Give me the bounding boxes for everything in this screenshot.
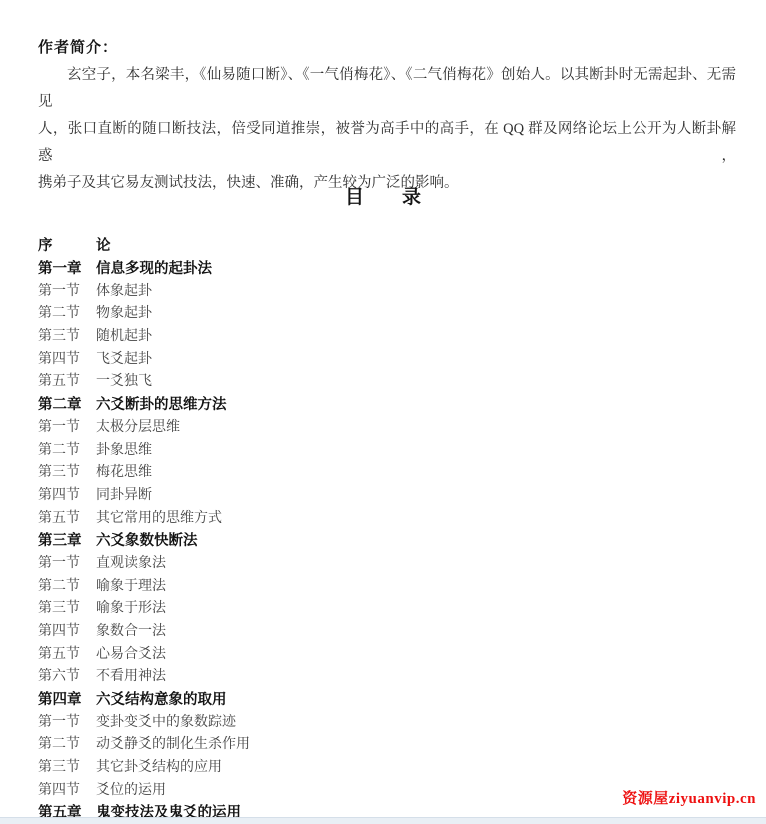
toc-item: 第四节飞爻起卦 [38, 346, 738, 369]
toc-item-title: 喻象于形法 [96, 597, 166, 617]
toc-item-label: 第二节 [38, 575, 96, 595]
toc-item-label: 第四节 [38, 484, 96, 504]
toc-item-label: 第一章 [38, 257, 96, 278]
toc-item-label: 第一节 [38, 711, 96, 731]
watermark-text: 资源屋ziyuanvip.cn [622, 787, 756, 808]
toc-item-title: 物象起卦 [96, 302, 152, 322]
author-intro-heading: 作者简介： [38, 36, 118, 57]
toc-item-label: 第二章 [38, 393, 96, 414]
toc-item-title: 不看用神法 [96, 665, 166, 685]
toc-item-title: 飞爻起卦 [96, 348, 152, 368]
toc-item-title: 六爻结构意象的取用 [96, 688, 227, 709]
toc-item: 第四章六爻结构意象的取用 [38, 687, 738, 710]
toc-item-label: 第三节 [38, 756, 96, 776]
toc-item-label: 第二节 [38, 733, 96, 753]
toc-item-label: 第一节 [38, 280, 96, 300]
toc-item-title: 其它常用的思维方式 [96, 507, 222, 527]
toc-item-label: 第三章 [38, 529, 96, 550]
toc-item: 第一节太极分层思维 [38, 415, 738, 438]
toc-item-label: 第六节 [38, 665, 96, 685]
document-page: 作者简介： 玄空子，本名梁丰，《仙易随口断》、《一气俏梅花》、《二气俏梅花》创始… [0, 0, 766, 824]
toc-item: 第一节变卦变爻中的象数踪迹 [38, 709, 738, 732]
toc-item-label: 第三节 [38, 325, 96, 345]
toc-item: 第一节体象起卦 [38, 278, 738, 301]
toc-item: 第五节心易合爻法 [38, 641, 738, 664]
toc-item-title: 随机起卦 [96, 325, 152, 345]
toc-item-title: 象数合一法 [96, 620, 166, 640]
toc-item-title: 信息多现的起卦法 [96, 257, 212, 278]
toc-item-label: 第四节 [38, 620, 96, 640]
toc-item-title: 心易合爻法 [96, 643, 166, 663]
toc-item-title: 直观读象法 [96, 552, 166, 572]
toc-item: 第三节梅花思维 [38, 460, 738, 483]
toc-item: 序论 [38, 233, 738, 256]
toc-item-title: 论 [96, 234, 111, 255]
author-intro-line: 人，张口直断的随口断技法，倍受同道推崇，被誉为高手中的高手，在 QQ 群及网络论… [38, 116, 736, 170]
toc-item-title: 梅花思维 [96, 461, 152, 481]
toc-item-label: 第一节 [38, 416, 96, 436]
toc-item: 第三节喻象于形法 [38, 596, 738, 619]
toc-item-title: 爻位的运用 [96, 779, 166, 799]
author-intro-paragraph: 玄空子，本名梁丰，《仙易随口断》、《一气俏梅花》、《二气俏梅花》创始人。以其断卦… [38, 62, 736, 197]
toc-item-title: 六爻象数快断法 [96, 529, 198, 550]
toc-item-label: 第三节 [38, 461, 96, 481]
toc-item: 第五节其它常用的思维方式 [38, 505, 738, 528]
toc-item: 第二章六爻断卦的思维方法 [38, 392, 738, 415]
toc-item: 第二节动爻静爻的制化生杀作用 [38, 732, 738, 755]
toc-item: 第三章六爻象数快断法 [38, 528, 738, 551]
toc-item-label: 第一节 [38, 552, 96, 572]
toc-item: 第二节物象起卦 [38, 301, 738, 324]
toc-item: 第一节直观读象法 [38, 551, 738, 574]
toc-item-title: 喻象于理法 [96, 575, 166, 595]
toc-item: 第六节不看用神法 [38, 664, 738, 687]
toc-item-label: 第四节 [38, 348, 96, 368]
toc-item-label: 第四章 [38, 688, 96, 709]
toc-item-label: 第二节 [38, 302, 96, 322]
toc-item: 第三节随机起卦 [38, 324, 738, 347]
toc-item: 第一章信息多现的起卦法 [38, 256, 738, 279]
toc-item-label: 第二节 [38, 439, 96, 459]
toc-item: 第四节象数合一法 [38, 619, 738, 642]
toc-item-title: 同卦异断 [96, 484, 152, 504]
toc-item-label: 序 [38, 234, 96, 255]
next-page-edge [0, 817, 766, 824]
toc-list: 序论第一章信息多现的起卦法第一节体象起卦第二节物象起卦第三节随机起卦第四节飞爻起… [38, 233, 738, 823]
toc-item-title: 体象起卦 [96, 280, 152, 300]
author-intro-line: 玄空子，本名梁丰，《仙易随口断》、《一气俏梅花》、《二气俏梅花》创始人。以其断卦… [38, 62, 736, 116]
toc-item-label: 第三节 [38, 597, 96, 617]
toc-item-label: 第五节 [38, 507, 96, 527]
toc-item-title: 变卦变爻中的象数踪迹 [96, 711, 236, 731]
toc-item-title: 太极分层思维 [96, 416, 180, 436]
toc-item-title: 一爻独飞 [96, 370, 152, 390]
toc-item: 第四节同卦异断 [38, 483, 738, 506]
toc-item-label: 第四节 [38, 779, 96, 799]
toc-item: 第二节喻象于理法 [38, 573, 738, 596]
toc-item-title: 其它卦爻结构的应用 [96, 756, 222, 776]
toc-item-title: 动爻静爻的制化生杀作用 [96, 733, 250, 753]
toc-item-label: 第五节 [38, 643, 96, 663]
toc-item-title: 六爻断卦的思维方法 [96, 393, 227, 414]
toc-item-label: 第五节 [38, 370, 96, 390]
toc-item: 第三节其它卦爻结构的应用 [38, 755, 738, 778]
toc-title: 目 录 [0, 182, 766, 209]
toc-item-title: 卦象思维 [96, 439, 152, 459]
toc-item: 第五节一爻独飞 [38, 369, 738, 392]
toc-item: 第二节卦象思维 [38, 437, 738, 460]
